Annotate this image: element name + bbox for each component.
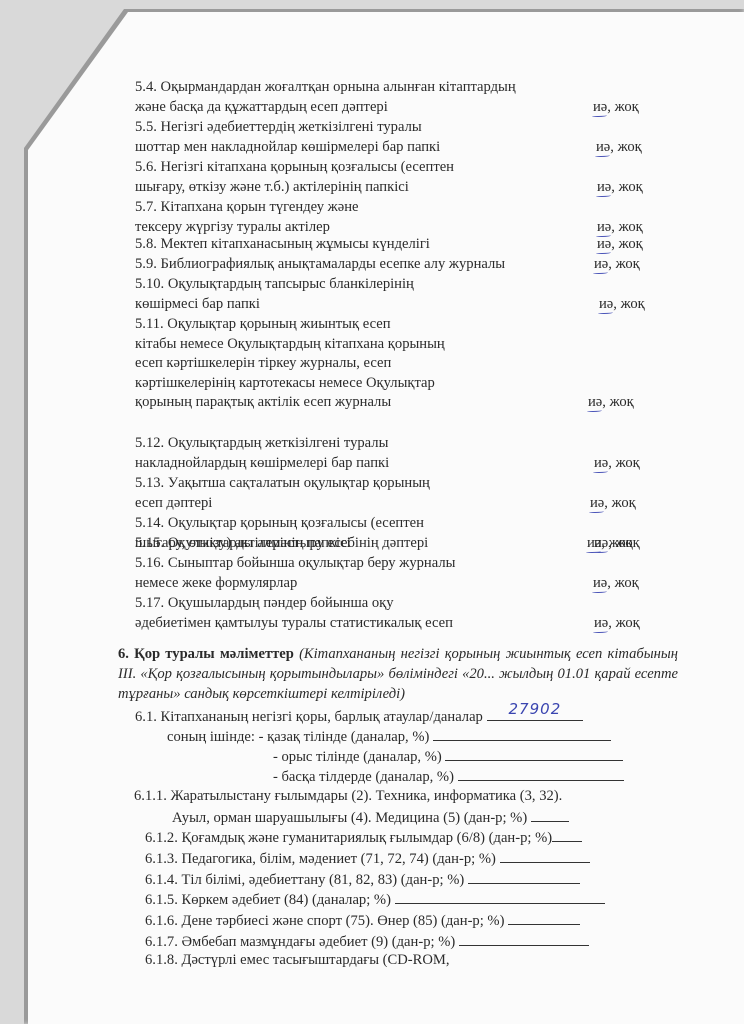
yes-no-answer[interactable]: иә, жоқ <box>590 494 636 514</box>
row-6-1-3-label: 6.1.3. Педагогика, білім, мәдениет (71, … <box>145 851 496 867</box>
document-content: 5.4. Оқырмандардан жоғалтқан орнына алын… <box>0 0 744 1024</box>
row-lang-kazakh: соның ішінде: - қазақ тілінде (даналар, … <box>167 726 611 748</box>
checklist-item-text: шоттар мен накладнойлар көшірмелері бар … <box>135 138 655 158</box>
row-6-1-2: 6.1.2. Қоғамдық және гуманитариялық ғылы… <box>145 827 582 849</box>
row-lang-other-field[interactable] <box>458 766 624 781</box>
row-6-1-6-field[interactable] <box>508 910 580 925</box>
answer-yes-underlined[interactable]: иә <box>594 455 608 471</box>
row-6-1-5-label: 6.1.5. Көркем әдебиет (84) (даналар; %) <box>145 892 391 908</box>
row-6-1: 6.1. Кітапхананың негізгі қоры, барлық а… <box>135 706 583 728</box>
answer-no[interactable]: , жоқ <box>611 236 642 252</box>
row-6-1-8-label: 6.1.8. Дәстүрлі емес тасығыштардағы (CD-… <box>145 952 450 968</box>
row-6-1-label: 6.1. Кітапхананың негізгі қоры, барлық а… <box>135 709 483 725</box>
answer-yes-underlined[interactable]: иә <box>597 219 611 235</box>
row-lang-kazakh-field[interactable] <box>433 726 611 741</box>
answer-yes-underlined[interactable]: иә <box>596 139 610 155</box>
row-6-1-3-field[interactable] <box>500 848 590 863</box>
answer-yes-underlined[interactable]: иә <box>593 575 607 591</box>
answer-no[interactable]: , жоқ <box>602 394 633 410</box>
answer-no[interactable]: , жоқ <box>604 495 635 511</box>
checklist-item-text: және басқа да құжаттардың есеп дәптері <box>135 98 655 118</box>
yes-no-answer[interactable]: иә, жоқ <box>593 98 639 118</box>
row-6-1-handwritten-value: 27902 <box>509 700 562 720</box>
checklist-item-text: 5.9. Библиографиялық анықтамаларды есепк… <box>135 255 655 275</box>
checklist-item-text: 5.17. Оқушылардың пәндер бойынша оқу <box>135 594 655 614</box>
row-6-1-4-label: 6.1.4. Тіл білімі, әдебиеттану (81, 82, … <box>145 872 464 888</box>
answer-yes-underlined[interactable]: иә <box>590 495 604 511</box>
checklist-item-text: есеп кәртішкелерін тіркеу журналы, есеп <box>135 354 655 374</box>
checklist-item-text: шығару, өткізу және т.б.) актілерінің па… <box>135 178 655 198</box>
row-6-1-4-field[interactable] <box>468 869 580 884</box>
checklist-item-text: 5.15. Оқулықтарды алмастыру есебінің дәп… <box>135 534 655 554</box>
row-6-1-6-label: 6.1.6. Дене тәрбиесі және спорт (75). Өн… <box>145 913 504 929</box>
row-lang-other-label: - басқа тілдерде (даналар, %) <box>273 769 454 785</box>
answer-yes-underlined[interactable]: иә <box>593 99 607 115</box>
row-lang-kazakh-label: соның ішінде: - қазақ тілінде (даналар, … <box>167 729 429 745</box>
answer-yes-underlined[interactable]: иә <box>599 296 613 312</box>
yes-no-answer[interactable]: иә, жоқ <box>588 393 634 413</box>
checklist-item: 5.7. Кітапхана қорын түгендеу жәнетексер… <box>135 198 655 237</box>
yes-no-answer[interactable]: иә, жоқ <box>599 295 645 315</box>
row-6-1-5-field[interactable] <box>395 889 605 904</box>
checklist-item-text: көшірмесі бар папкі <box>135 295 655 315</box>
answer-no[interactable]: , жоқ <box>607 99 638 115</box>
row-lang-russian-label: - орыс тілінде (даналар, %) <box>273 749 442 765</box>
row-6-1-field[interactable]: 27902 <box>487 706 583 721</box>
checklist-item-text: 5.11. Оқулықтар қорының жиынтық есеп <box>135 315 655 335</box>
answer-yes-underlined[interactable]: иә <box>597 236 611 252</box>
checklist-item-text: есеп дәптері <box>135 494 655 514</box>
answer-yes-underlined[interactable]: иә <box>597 179 611 195</box>
checklist-item: 5.11. Оқулықтар қорының жиынтық есепкіта… <box>135 315 655 413</box>
row-6-1-1a-label: 6.1.1. Жаратылыстану ғылымдары (2). Техн… <box>134 788 562 804</box>
yes-no-answer[interactable]: иә, жоқ <box>594 454 640 474</box>
answer-no[interactable]: , жоқ <box>611 219 642 235</box>
row-6-1-1b-label: Ауыл, орман шаруашылығы (4). Медицина (5… <box>172 810 527 826</box>
row-6-1-1-field[interactable] <box>531 807 569 822</box>
answer-no[interactable]: , жоқ <box>611 179 642 195</box>
row-lang-russian: - орыс тілінде (даналар, %) <box>273 746 623 768</box>
checklist-item-text: накладнойлардың көшірмелері бар папкі <box>135 454 655 474</box>
checklist-item-text: қорының парақтық актілік есеп журналы <box>135 393 655 413</box>
answer-yes-underlined[interactable]: иә <box>594 256 608 272</box>
checklist-item-text: кәртішкелерінің картотекасы немесе Оқулы… <box>135 374 655 394</box>
answer-no[interactable]: , жоқ <box>610 139 641 155</box>
checklist-item-text: немесе жеке формулярлар <box>135 574 655 594</box>
yes-no-answer[interactable]: иә, жоқ <box>593 574 639 594</box>
row-6-1-5: 6.1.5. Көркем әдебиет (84) (даналар; %) <box>145 889 605 911</box>
checklist-item-text: 5.4. Оқырмандардан жоғалтқан орнына алын… <box>135 78 655 98</box>
yes-no-answer[interactable]: иә, жоқ <box>594 614 640 634</box>
yes-no-answer[interactable]: иә, жоқ <box>597 235 643 255</box>
row-6-1-1a: 6.1.1. Жаратылыстану ғылымдары (2). Техн… <box>134 787 562 807</box>
checklist-item-text: 5.8. Мектеп кітапханасының жұмысы күндел… <box>135 235 655 255</box>
checklist-item-text: 5.10. Оқулықтардың тапсырыс бланкілеріні… <box>135 275 655 295</box>
yes-no-answer[interactable]: иә, жоқ <box>594 255 640 275</box>
row-6-1-7-field[interactable] <box>459 931 589 946</box>
yes-no-answer[interactable]: иә, жоқ <box>597 178 643 198</box>
checklist-item-text: 5.5. Негізгі әдебиеттердің жеткізілгені … <box>135 118 655 138</box>
checklist-item-text: 5.12. Оқулықтардың жеткізілгені туралы <box>135 434 655 454</box>
checklist-item: 5.4. Оқырмандардан жоғалтқан орнына алын… <box>135 78 655 117</box>
checklist-item: 5.6. Негізгі кітапхана қорының қозғалысы… <box>135 158 655 197</box>
row-lang-other: - басқа тілдерде (даналар, %) <box>273 766 624 788</box>
row-6-1-6: 6.1.6. Дене тәрбиесі және спорт (75). Өн… <box>145 910 580 932</box>
checklist-item-text: 5.7. Кітапхана қорын түгендеу және <box>135 198 655 218</box>
row-6-1-8: 6.1.8. Дәстүрлі емес тасығыштардағы (CD-… <box>145 951 450 971</box>
row-6-1-1b: Ауыл, орман шаруашылығы (4). Медицина (5… <box>172 807 569 829</box>
answer-yes-underlined[interactable]: иә <box>587 535 601 551</box>
answer-no[interactable]: , жоқ <box>601 535 632 551</box>
checklist-item: 5.9. Библиографиялық анықтамаларды есепк… <box>135 255 655 275</box>
checklist-item: 5.17. Оқушылардың пәндер бойынша оқуәдеб… <box>135 594 655 633</box>
answer-no[interactable]: , жоқ <box>608 256 639 272</box>
answer-yes-underlined[interactable]: иә <box>594 615 608 631</box>
checklist-item: 5.13. Уақытша сақталатын оқулықтар қорын… <box>135 474 655 513</box>
row-6-1-7: 6.1.7. Әмбебап мазмұндағы әдебиет (9) (д… <box>145 931 589 953</box>
row-6-1-3: 6.1.3. Педагогика, білім, мәдениет (71, … <box>145 848 590 870</box>
checklist-item-text: 5.6. Негізгі кітапхана қорының қозғалысы… <box>135 158 655 178</box>
row-6-1-2-field[interactable] <box>552 827 582 842</box>
checklist-item: 5.5. Негізгі әдебиеттердің жеткізілгені … <box>135 118 655 157</box>
section-6-heading: 6. Қор туралы мәліметтер (Кітапхананың н… <box>118 644 678 704</box>
checklist-item: 5.8. Мектеп кітапханасының жұмысы күндел… <box>135 235 655 255</box>
checklist-item: 5.12. Оқулықтардың жеткізілгені туралына… <box>135 434 655 473</box>
checklist-item-text: әдебиетімен қамтылуы туралы статистикалы… <box>135 614 655 634</box>
checklist-item-text: 5.14. Оқулықтар қорының қозғалысы (есепт… <box>135 514 655 534</box>
section-6-title: 6. Қор туралы мәліметтер <box>118 646 294 662</box>
answer-no[interactable]: , жоқ <box>608 615 639 631</box>
row-6-1-7-label: 6.1.7. Әмбебап мазмұндағы әдебиет (9) (д… <box>145 934 455 950</box>
checklist-item: 5.15. Оқулықтарды алмастыру есебінің дәп… <box>135 534 655 554</box>
answer-yes-underlined[interactable]: иә <box>588 394 602 410</box>
checklist-item: 5.16. Сыныптар бойынша оқулықтар беру жу… <box>135 554 655 593</box>
checklist-item-text: 5.13. Уақытша сақталатын оқулықтар қорын… <box>135 474 655 494</box>
checklist-item-text: кітабы немесе Оқулықтардың кітапхана қор… <box>135 335 655 355</box>
answer-no[interactable]: , жоқ <box>608 455 639 471</box>
checklist-item: 5.10. Оқулықтардың тапсырыс бланкілеріні… <box>135 275 655 314</box>
row-6-1-4: 6.1.4. Тіл білімі, әдебиеттану (81, 82, … <box>145 869 580 891</box>
answer-no[interactable]: , жоқ <box>607 575 638 591</box>
yes-no-answer[interactable]: иә, жоқ <box>587 534 633 554</box>
yes-no-answer[interactable]: иә, жоқ <box>596 138 642 158</box>
row-6-1-2-label: 6.1.2. Қоғамдық және гуманитариялық ғылы… <box>145 830 552 846</box>
row-lang-russian-field[interactable] <box>445 746 623 761</box>
answer-no[interactable]: , жоқ <box>613 296 644 312</box>
checklist-item-text: 5.16. Сыныптар бойынша оқулықтар беру жу… <box>135 554 655 574</box>
